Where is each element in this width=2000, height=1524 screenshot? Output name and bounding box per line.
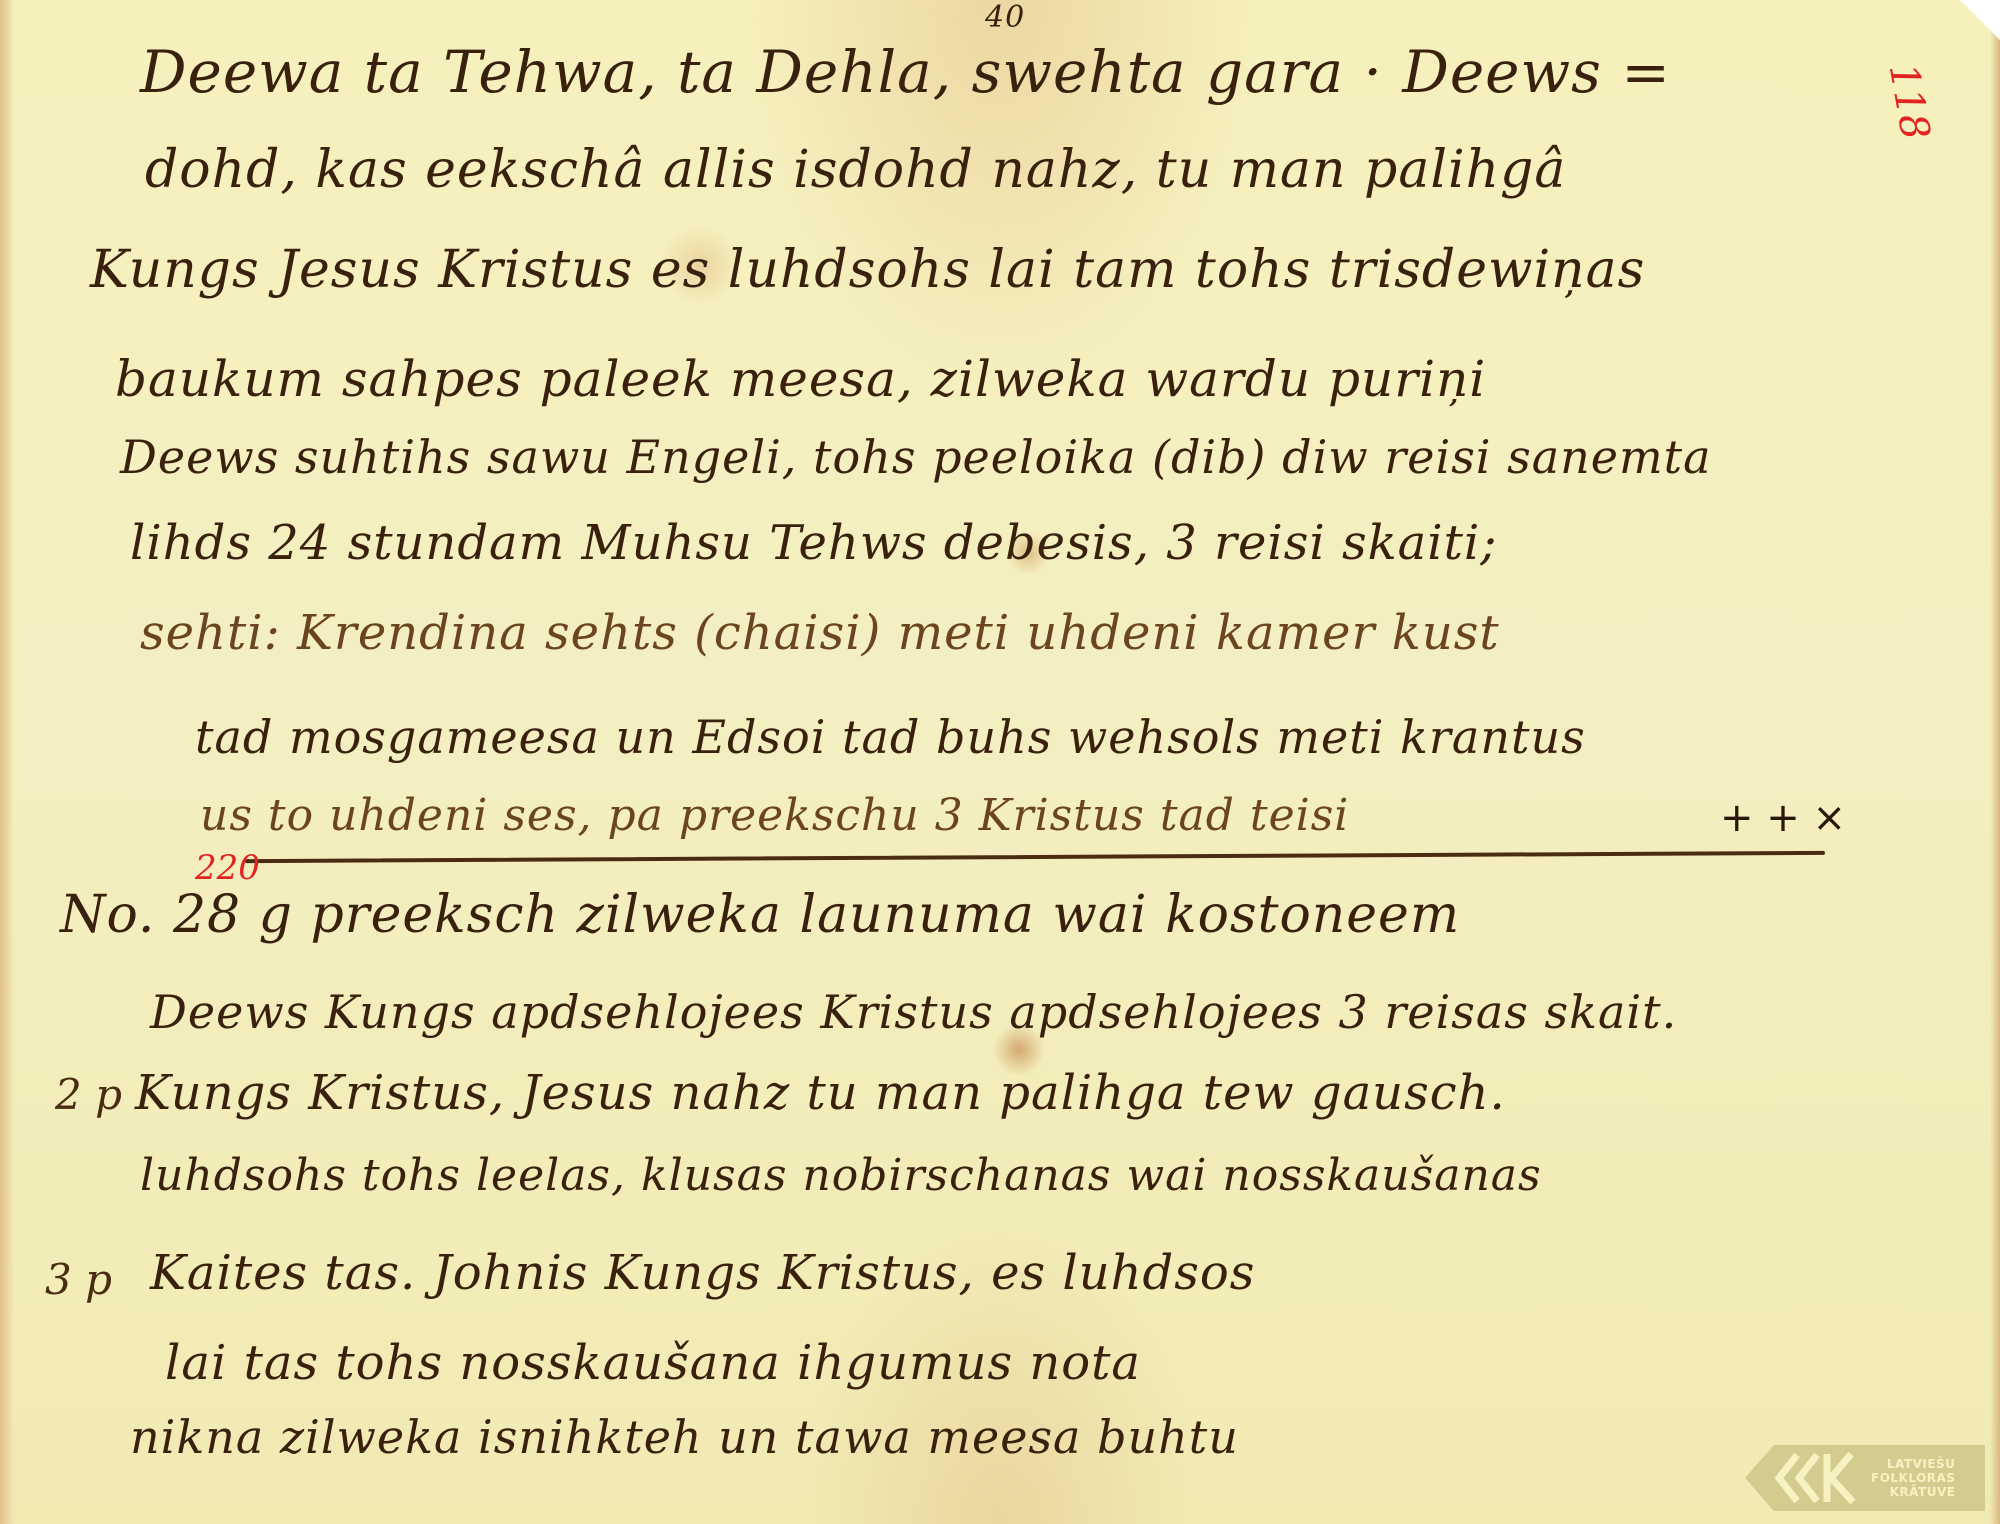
manuscript-line-m2: Kungs Kristus, Jesus nahz tu man palihga… — [135, 1065, 1506, 1121]
watermark-line-2: FOLKLORAS — [1871, 1471, 1955, 1485]
manuscript-line-4: baukum sahpes paleek meesa, zilweka ward… — [115, 350, 1486, 408]
page-left-edge — [0, 0, 14, 1524]
manuscript-line-9: us to uhdeni ses, pa preekschu 3 Kristus… — [200, 790, 1349, 841]
manuscript-line-8: tad mosgameesa un Edsoi tad buhs wehsols… — [195, 710, 1586, 764]
cross-marks: + + × — [1720, 795, 1846, 841]
manuscript-line-5: Deews suhtihs sawu Engeli, tohs peeloika… — [120, 430, 1712, 484]
page-right-edge — [1990, 0, 2000, 1524]
manuscript-line-m4: Kaites tas. Johnis Kungs Kristus, es luh… — [150, 1245, 1255, 1301]
manuscript-line-7: sehti: Krendina sehts (chaisi) meti uhde… — [140, 605, 1500, 661]
lfk-logo-icon — [1771, 1451, 1863, 1505]
manuscript-line-1: Deewa ta Tehwa, ta Dehla, swehta gara · … — [140, 38, 1671, 106]
section-divider — [245, 851, 1825, 863]
entry-heading: No. 28 g preeksch zilweka launuma wai ko… — [60, 885, 1460, 945]
watermark-line-1: LATVIEŠU — [1871, 1457, 1955, 1471]
manuscript-line-2: dohd, kas eekschâ allis isdohd nahz, tu … — [145, 140, 1566, 200]
top-annotation: 40 — [985, 0, 1025, 35]
watermark-line-3: KRĀTUVE — [1871, 1485, 1955, 1499]
manuscript-line-m1: Deews Kungs apdsehlojees Kristus apdsehl… — [150, 985, 1677, 1039]
archive-watermark-logo: LATVIEŠU FOLKLORAS KRĀTUVE — [1745, 1445, 1985, 1511]
manuscript-page: 118 40 Deewa ta Tehwa, ta Dehla, swehta … — [0, 0, 2000, 1524]
watermark-text: LATVIEŠU FOLKLORAS KRĀTUVE — [1871, 1457, 1955, 1499]
manuscript-line-m5: lai tas tohs nosskaušana ihgumus nota — [165, 1335, 1141, 1391]
margin-note-2p: 2 p — [55, 1070, 122, 1119]
manuscript-line-m6: nikna zilweka isnihkteh un tawa meesa bu… — [130, 1410, 1239, 1464]
manuscript-line-m3: luhdsohs tohs leelas, klusas nobirschana… — [140, 1150, 1542, 1201]
page-number-red: 118 — [1880, 60, 1939, 143]
manuscript-line-3: Kungs Jesus Kristus es luhdsohs lai tam … — [90, 240, 1645, 300]
manuscript-line-6: lihds 24 stundam Muhsu Tehws debesis, 3 … — [130, 515, 1497, 571]
page-corner — [1960, 0, 2000, 40]
margin-note-3p: 3 p — [45, 1255, 112, 1304]
entry-number-red: 220 — [195, 848, 260, 888]
